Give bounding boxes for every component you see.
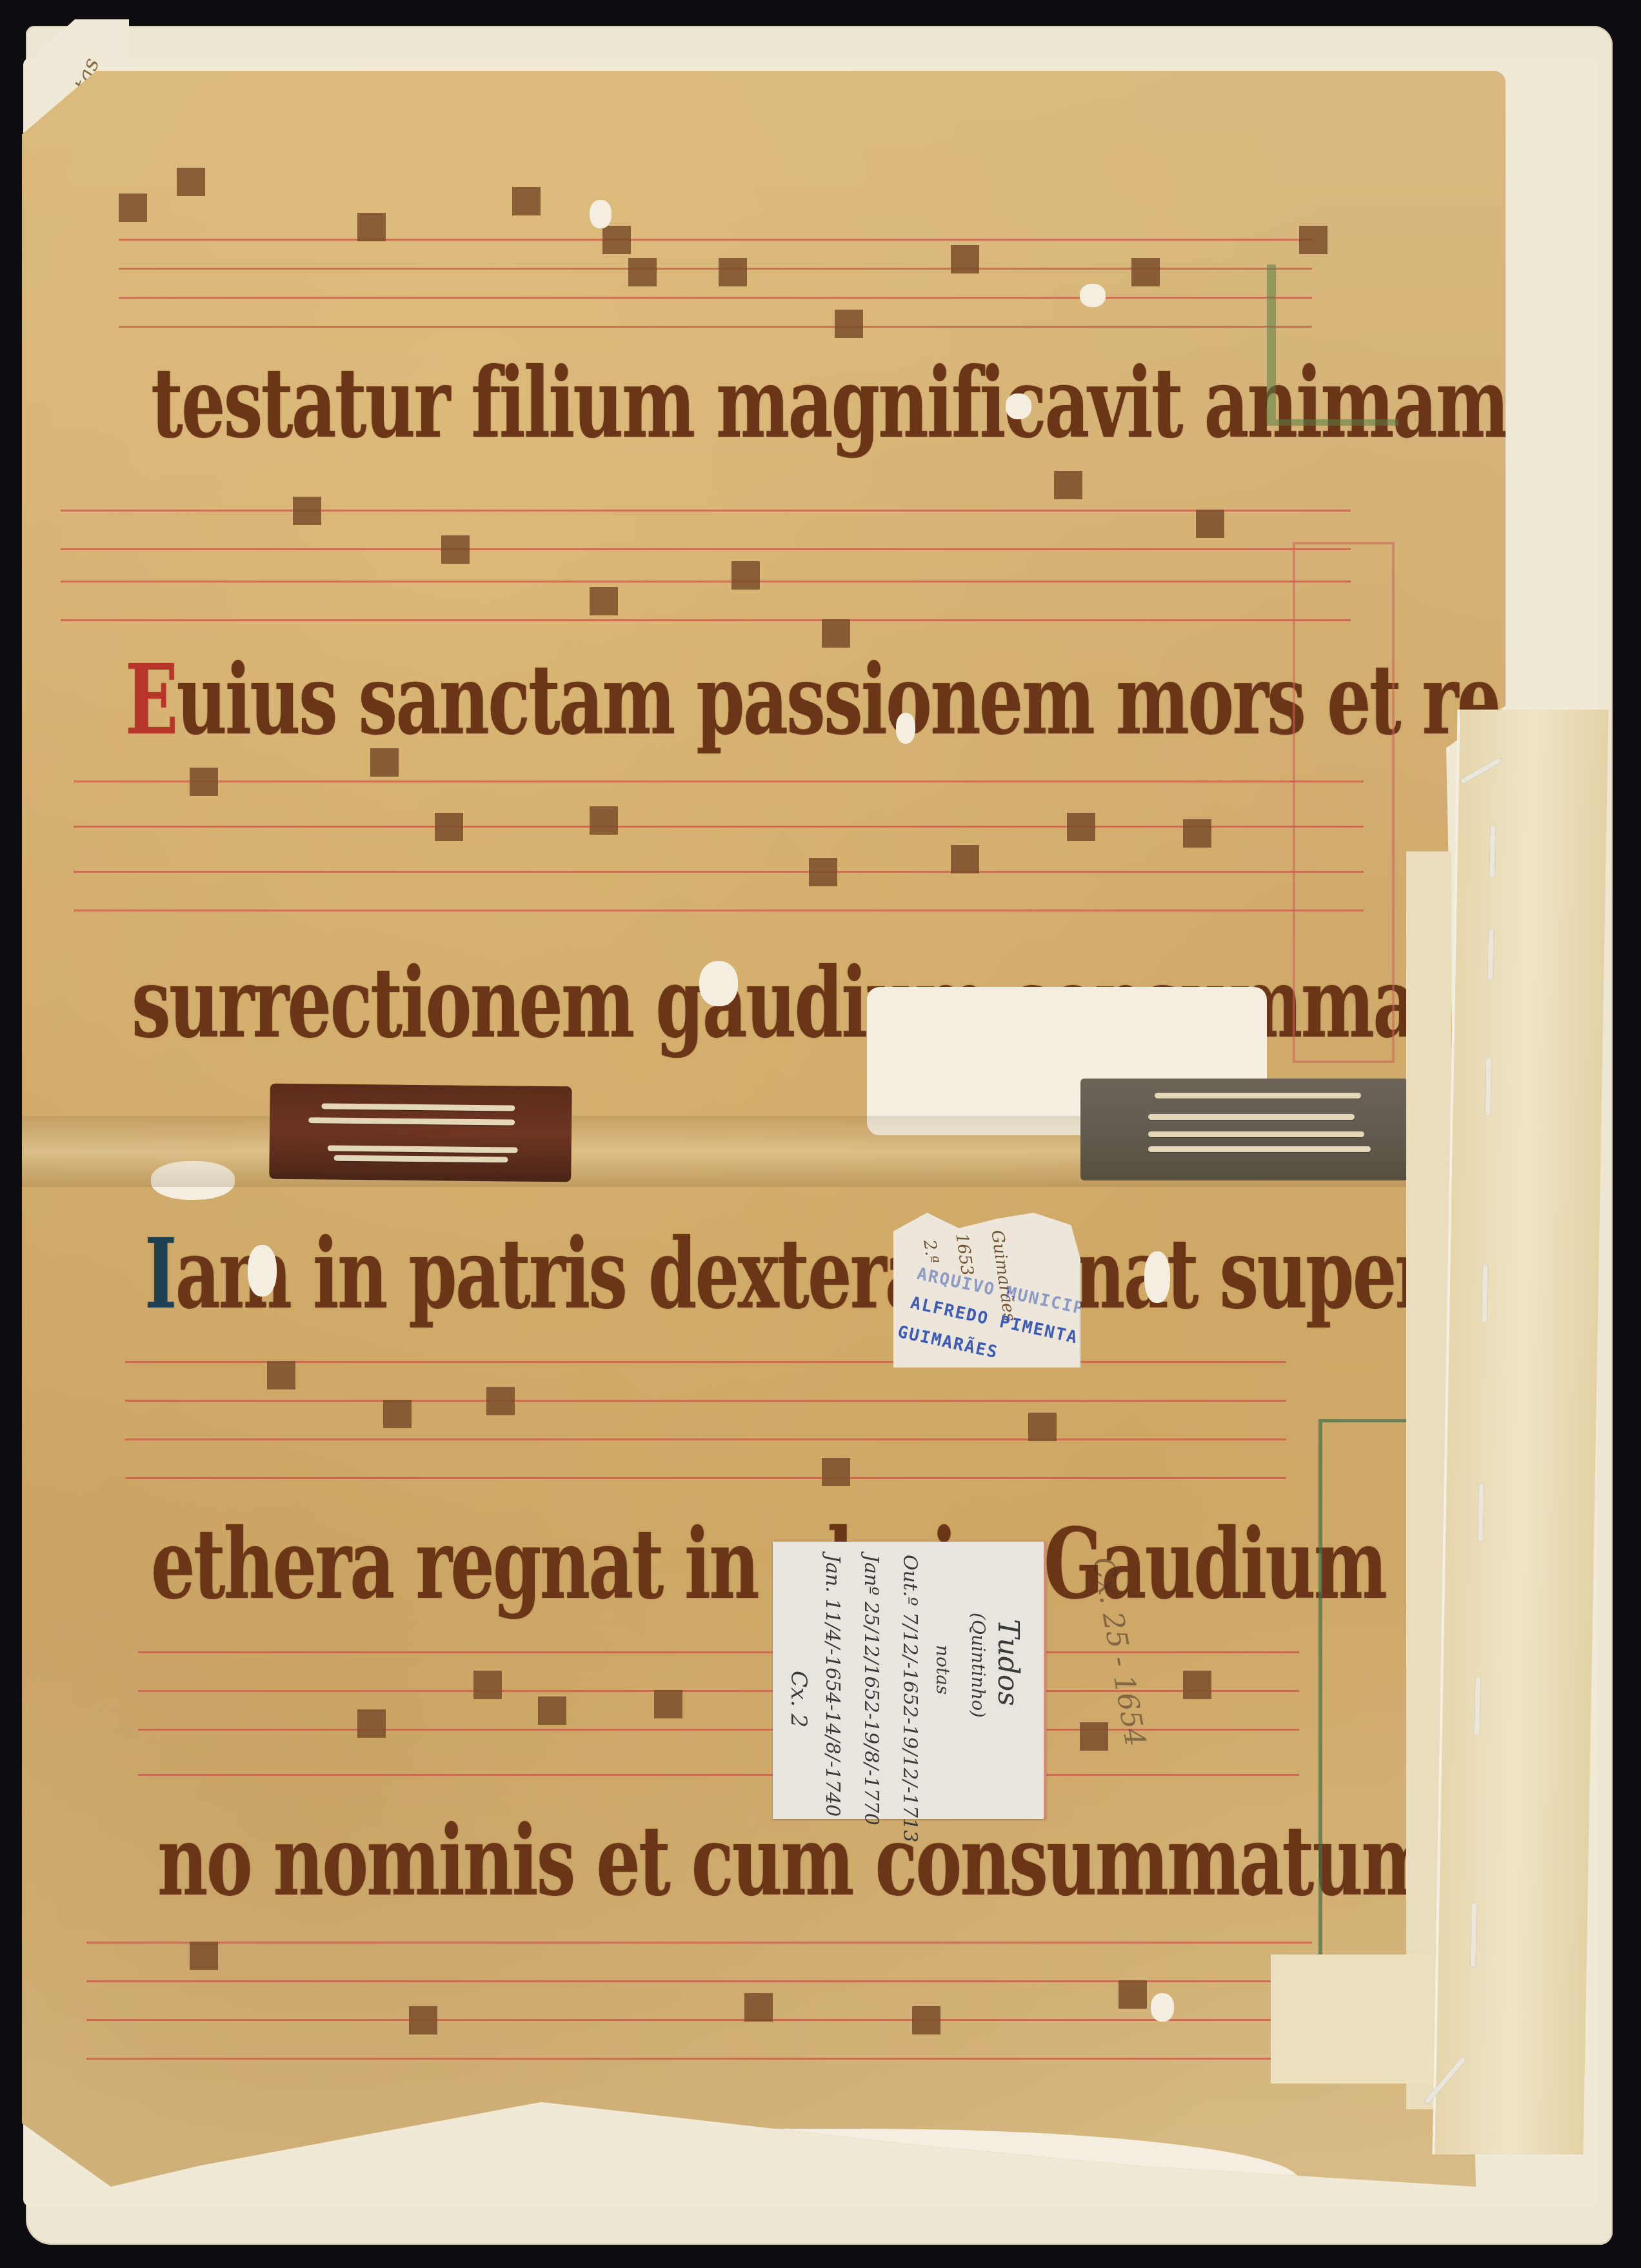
label-entry: Janº 25/12/1652-19/8/-1770	[860, 1555, 882, 1825]
chant-text-line-4: Iam in patris dextera regnat super	[144, 1226, 1430, 1322]
parchment-hole	[248, 1245, 277, 1297]
archive-stamp-label: 2.ª 1653 Guimarães ARQUIVO MUNICIPAL ALF…	[893, 1213, 1080, 1368]
chant-text-line-5: ethera regnat in gloria. Gaudium	[151, 1516, 1386, 1613]
stamp-handwritten-note: 2.ª	[919, 1238, 942, 1265]
sewing-thread	[1148, 1131, 1364, 1137]
stamp-handwritten-note: 1653	[951, 1232, 977, 1277]
binding-stitch	[1460, 757, 1502, 784]
label-box-number: Cx. 2	[786, 1671, 811, 1727]
label-entry: Jan. 11/4/-1654-14/8/-1740	[821, 1555, 844, 1816]
sewing-thread	[1148, 1146, 1371, 1152]
chant-text: am in patris dextera regnat super	[175, 1217, 1430, 1331]
label-title: Tudos	[991, 1619, 1024, 1706]
red-border-frame	[1293, 542, 1395, 1063]
binding-stitch	[1482, 1264, 1488, 1322]
binding-stitch	[1486, 1058, 1492, 1116]
binding-stitch	[1471, 1903, 1477, 1967]
parchment-hole	[1006, 393, 1031, 419]
parchment-hole	[1080, 284, 1106, 307]
binding-stitch	[1489, 826, 1495, 877]
chant-text-line-6: no nominis et cum consummatum	[157, 1813, 1433, 1909]
green-ornament	[1267, 264, 1398, 426]
binding-stitch	[1487, 929, 1493, 980]
label-subtitle: (Quintinho)	[968, 1613, 989, 1718]
parchment-hole	[699, 961, 738, 1006]
sewing-thread	[334, 1155, 508, 1163]
blue-initial-letter: I	[144, 1217, 175, 1331]
leather-sewing-tab-left	[269, 1084, 572, 1182]
sewing-thread	[328, 1145, 518, 1153]
label-heading: notas	[932, 1645, 953, 1695]
parchment-hole	[896, 713, 915, 744]
chant-text: ethera regnat in gloria. Gaudium	[151, 1507, 1386, 1621]
chant-text: no nominis et cum consummatum	[157, 1804, 1433, 1918]
spine-vellum-strip	[1432, 710, 1608, 2154]
leather-sewing-tab-right	[1080, 1079, 1408, 1180]
sewing-thread	[1148, 1114, 1355, 1120]
stamp-handwritten-note: Guimarães	[987, 1229, 1019, 1322]
binding-stitch	[1475, 1677, 1481, 1735]
sewing-thread	[321, 1103, 515, 1111]
red-initial-letter: E	[125, 643, 176, 757]
binding-stitch	[1478, 1484, 1484, 1542]
shelf-mark-label: Tudos (Quintinho) notas Out.º 7/12/-1652…	[773, 1542, 1046, 1819]
sewing-thread	[1155, 1093, 1361, 1099]
parchment-hole	[590, 200, 612, 228]
label-entry: Out.º 7/12/-1652-19/12/-1713	[899, 1555, 921, 1842]
parchment-hole	[1151, 1993, 1174, 2022]
vellum-patch	[1271, 1955, 1432, 2084]
sewing-thread	[308, 1117, 515, 1125]
parchment-hole	[1144, 1251, 1170, 1303]
